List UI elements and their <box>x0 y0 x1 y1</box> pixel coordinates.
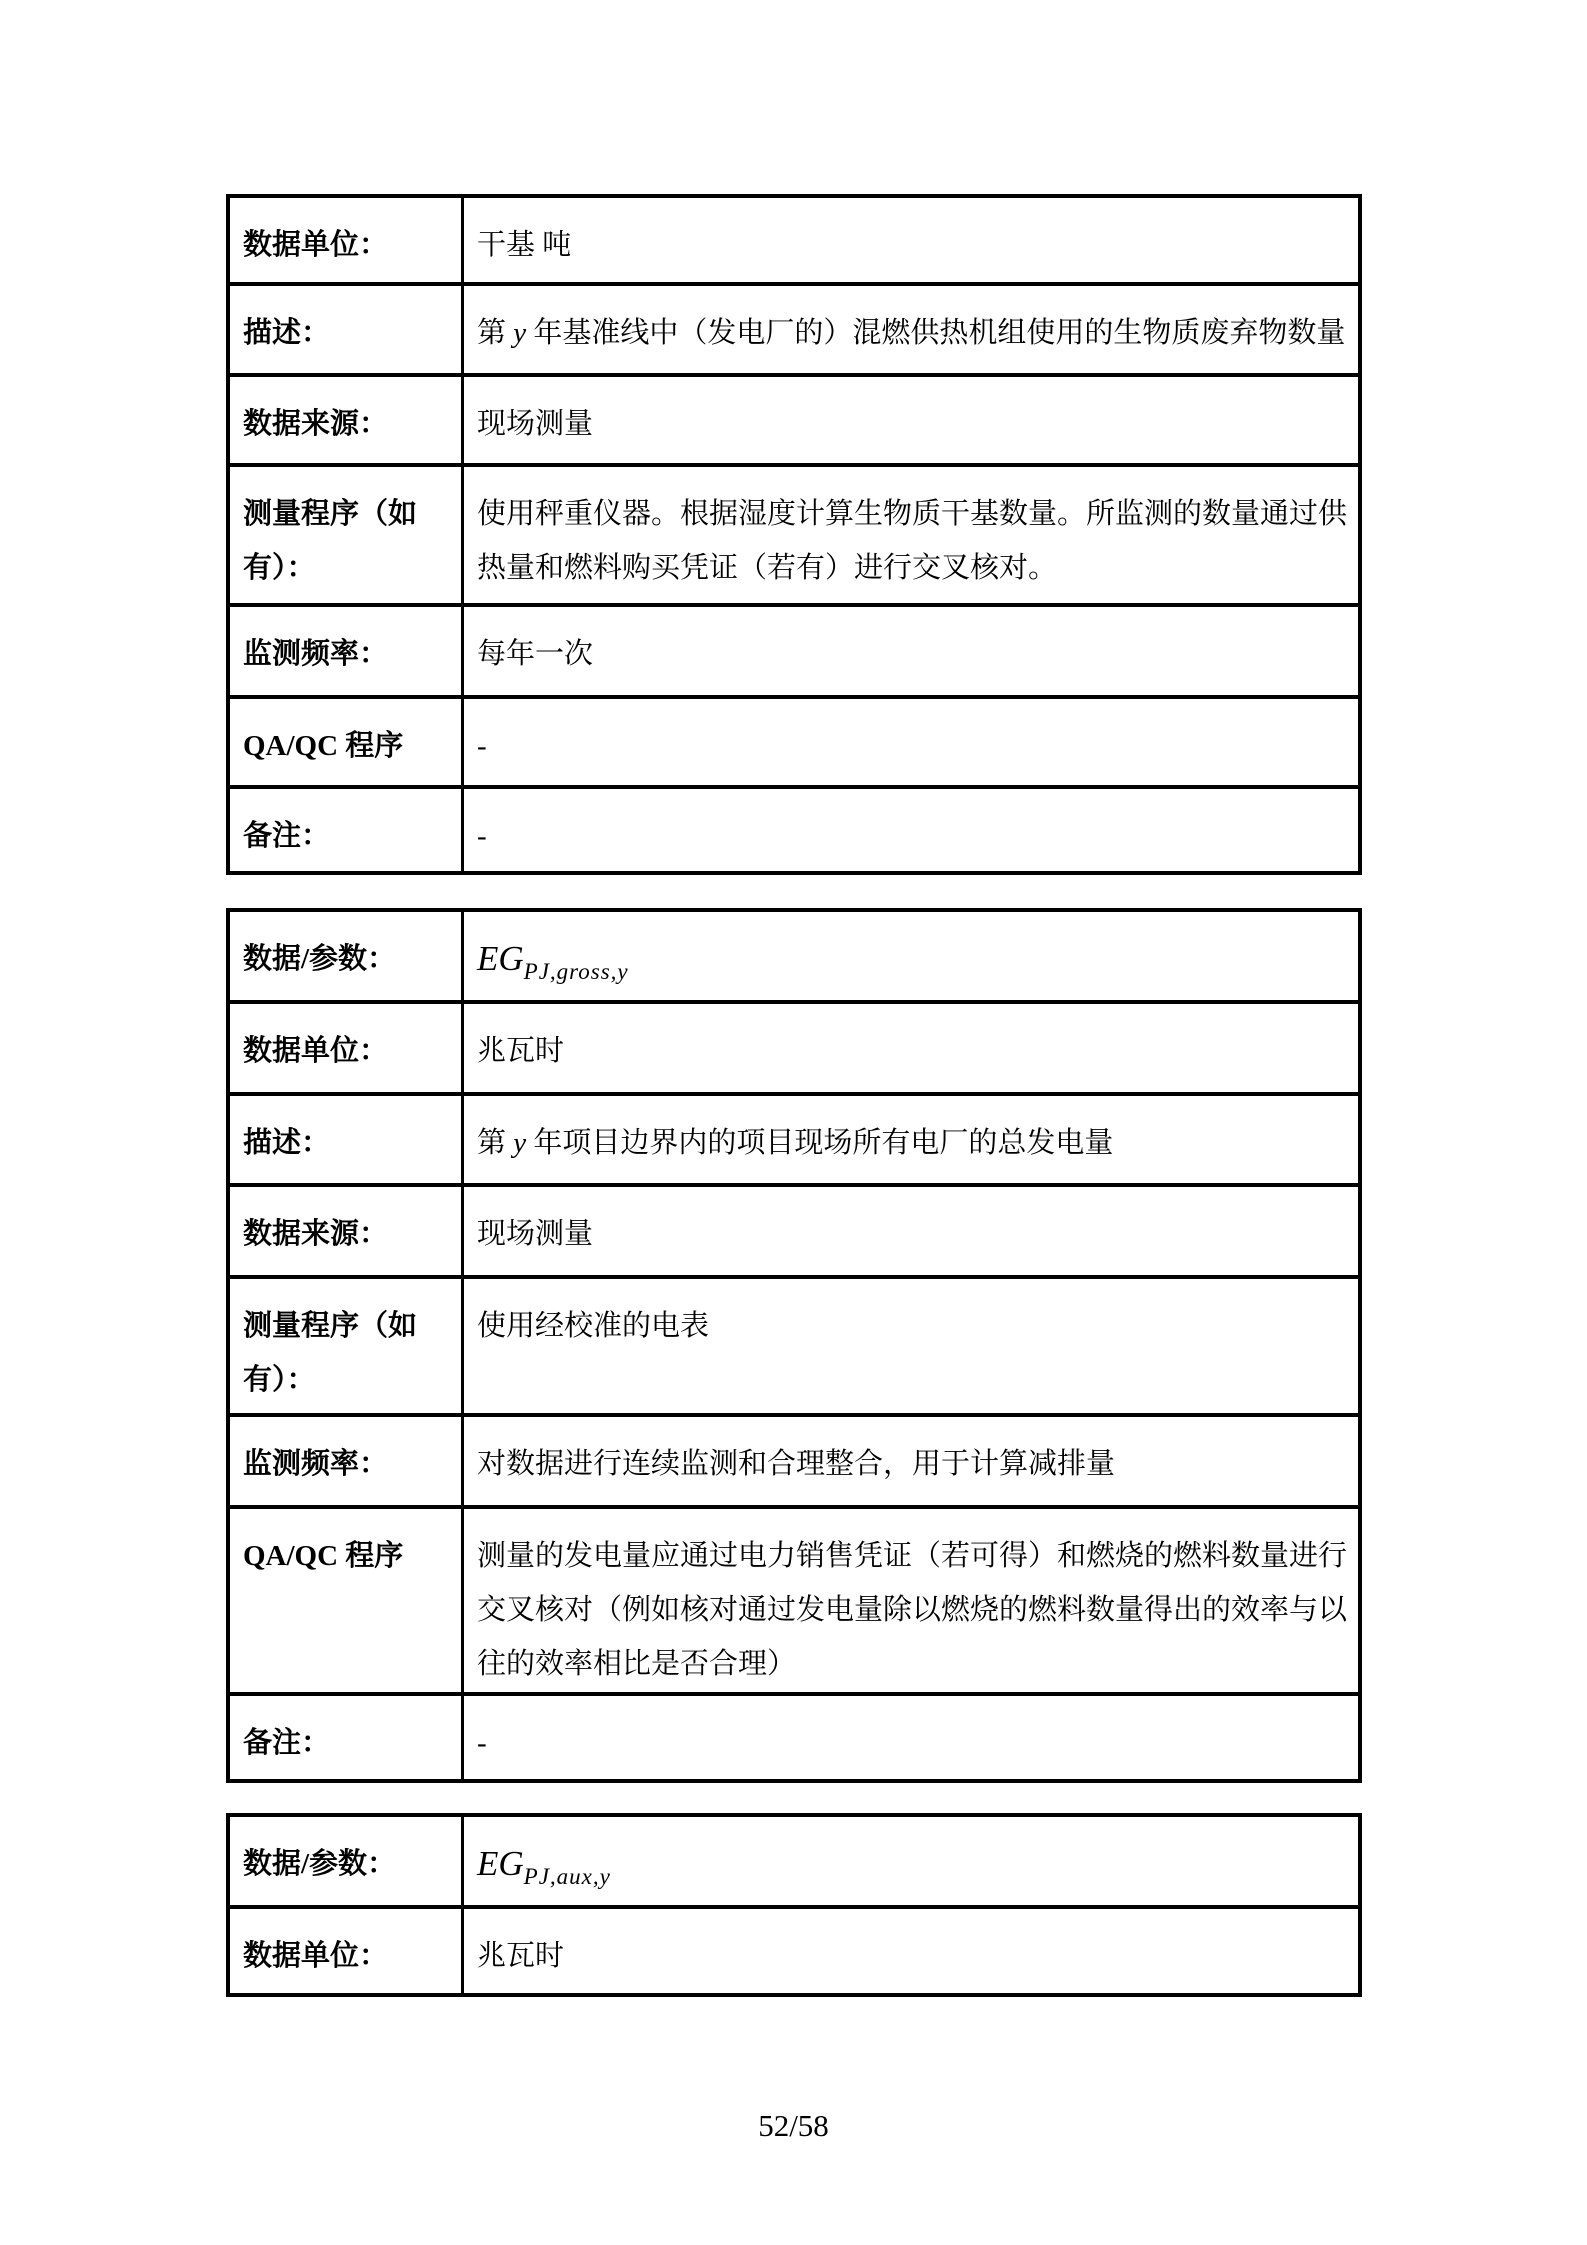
parameter-subscript: PJ,aux,y <box>524 1864 611 1889</box>
table-row: QA/QC 程序 - <box>230 695 1358 785</box>
row-value-text: 现场测量 <box>477 408 593 440</box>
row-label: QA/QC 程序 <box>230 699 464 785</box>
page-number: 52/58 <box>0 2106 1587 2146</box>
document-page: 数据单位： 干基 吨 描述： 第 y 年基准线中（发电厂的）混燃供热机组使用的生… <box>0 0 1587 2245</box>
italic-variable-y: y <box>513 1127 526 1159</box>
row-label-text: 监测频率： <box>243 638 388 670</box>
row-value: 干基 吨 <box>464 198 1358 282</box>
row-label: 测量程序（如有）： <box>230 1279 464 1413</box>
row-value-text: 第 <box>477 1127 513 1159</box>
row-label-text: 备注： <box>243 1727 330 1759</box>
row-value: 兆瓦时 <box>464 1909 1358 1993</box>
row-label-text: 描述： <box>243 317 330 349</box>
row-value-text: 第 <box>477 317 513 349</box>
row-label-text: 监测频率： <box>243 1448 388 1480</box>
row-value: 第 y 年基准线中（发电厂的）混燃供热机组使用的生物质废弃物数量 <box>464 286 1358 373</box>
row-label-text: QA/QC 程序 <box>243 1540 403 1572</box>
table-row: 数据来源： 现场测量 <box>230 1183 1358 1275</box>
row-value: 每年一次 <box>464 607 1358 695</box>
row-value: 使用经校准的电表 <box>464 1279 1358 1413</box>
table-row: 数据单位： 兆瓦时 <box>230 1905 1358 1993</box>
row-value-text: 测量的发电量应通过电力销售凭证（若可得）和燃烧的燃料数量进行交叉核对（例如核对通… <box>477 1540 1347 1680</box>
row-value: 现场测量 <box>464 377 1358 463</box>
table-row: 监测频率： 对数据进行连续监测和合理整合，用于计算减排量 <box>230 1413 1358 1505</box>
row-label: QA/QC 程序 <box>230 1509 464 1692</box>
row-value: - <box>464 789 1358 871</box>
row-value-text: - <box>477 820 487 852</box>
row-value-text: 对数据进行连续监测和合理整合，用于计算减排量 <box>477 1448 1115 1480</box>
row-label-text: 描述： <box>243 1127 330 1159</box>
row-value-text: 每年一次 <box>477 638 593 670</box>
parameter-symbol: EG <box>477 939 524 978</box>
row-label: 监测频率： <box>230 1417 464 1505</box>
row-value: 使用秤重仪器。根据湿度计算生物质干基数量。所监测的数量通过供热量和燃料购买凭证（… <box>464 467 1358 603</box>
row-value: 现场测量 <box>464 1187 1358 1275</box>
row-label-text: 数据/参数： <box>243 943 396 975</box>
row-label: 数据单位： <box>230 1909 464 1993</box>
row-value-text: - <box>477 730 487 762</box>
row-label-text: QA/QC 程序 <box>243 730 403 762</box>
row-label: 数据来源： <box>230 377 464 463</box>
row-label: 数据单位： <box>230 1004 464 1092</box>
row-label: 备注： <box>230 789 464 871</box>
row-label-text: 数据来源： <box>243 408 388 440</box>
row-label: 描述： <box>230 1096 464 1183</box>
parameter-table-biomass-quantity: 数据单位： 干基 吨 描述： 第 y 年基准线中（发电厂的）混燃供热机组使用的生… <box>226 194 1362 875</box>
row-label-text: 备注： <box>243 820 330 852</box>
italic-variable-y: y <box>513 317 526 349</box>
table-row: 备注： - <box>230 785 1358 871</box>
row-value: EGPJ,aux,y <box>464 1817 1358 1905</box>
table-row: 描述： 第 y 年项目边界内的项目现场所有电厂的总发电量 <box>230 1092 1358 1183</box>
row-label-text: 数据/参数： <box>243 1848 396 1880</box>
row-label-text: 数据单位： <box>243 1940 388 1972</box>
parameter-table-gross-generation: 数据/参数： EGPJ,gross,y 数据单位： 兆瓦时 描述： 第 y 年项… <box>226 908 1362 1783</box>
table-row: 数据单位： 干基 吨 <box>230 198 1358 282</box>
row-label-text: 数据单位： <box>243 229 388 261</box>
row-value-text: 兆瓦时 <box>477 1035 564 1067</box>
row-value: 测量的发电量应通过电力销售凭证（若可得）和燃烧的燃料数量进行交叉核对（例如核对通… <box>464 1509 1358 1692</box>
row-label: 数据/参数： <box>230 912 464 1000</box>
table-row: 数据单位： 兆瓦时 <box>230 1000 1358 1092</box>
row-value: - <box>464 1696 1358 1779</box>
row-label: 测量程序（如有）： <box>230 467 464 603</box>
parameter-symbol: EG <box>477 1844 524 1883</box>
row-value: 兆瓦时 <box>464 1004 1358 1092</box>
row-label: 描述： <box>230 286 464 373</box>
table-row: 监测频率： 每年一次 <box>230 603 1358 695</box>
table-row: 数据/参数： EGPJ,aux,y <box>230 1817 1358 1905</box>
table-row: 数据来源： 现场测量 <box>230 373 1358 463</box>
row-label-text: 测量程序（如有）： <box>243 1310 417 1396</box>
row-value-text: 现场测量 <box>477 1218 593 1250</box>
row-value: 对数据进行连续监测和合理整合，用于计算减排量 <box>464 1417 1358 1505</box>
parameter-table-auxiliary-electricity: 数据/参数： EGPJ,aux,y 数据单位： 兆瓦时 <box>226 1813 1362 1997</box>
row-label-text: 测量程序（如有）： <box>243 498 417 584</box>
table-row: 测量程序（如有）： 使用经校准的电表 <box>230 1275 1358 1413</box>
row-value-text: 使用秤重仪器。根据湿度计算生物质干基数量。所监测的数量通过供热量和燃料购买凭证（… <box>477 498 1347 584</box>
row-label-text: 数据单位： <box>243 1035 388 1067</box>
row-value-text: - <box>477 1727 487 1759</box>
row-label: 数据/参数： <box>230 1817 464 1905</box>
row-label: 数据单位： <box>230 198 464 282</box>
row-value-text: 干基 吨 <box>477 229 571 261</box>
table-row: QA/QC 程序 测量的发电量应通过电力销售凭证（若可得）和燃烧的燃料数量进行交… <box>230 1505 1358 1692</box>
row-value: EGPJ,gross,y <box>464 912 1358 1000</box>
table-row: 数据/参数： EGPJ,gross,y <box>230 912 1358 1000</box>
table-row: 测量程序（如有）： 使用秤重仪器。根据湿度计算生物质干基数量。所监测的数量通过供… <box>230 463 1358 603</box>
table-row: 备注： - <box>230 1692 1358 1779</box>
row-label-text: 数据来源： <box>243 1218 388 1250</box>
row-label: 监测频率： <box>230 607 464 695</box>
row-value-text: 使用经校准的电表 <box>477 1310 709 1342</box>
row-value-text: 兆瓦时 <box>477 1940 564 1972</box>
row-value: 第 y 年项目边界内的项目现场所有电厂的总发电量 <box>464 1096 1358 1183</box>
parameter-subscript: PJ,gross,y <box>524 959 629 984</box>
row-label: 备注： <box>230 1696 464 1779</box>
table-row: 描述： 第 y 年基准线中（发电厂的）混燃供热机组使用的生物质废弃物数量 <box>230 282 1358 373</box>
row-value-text: 年项目边界内的项目现场所有电厂的总发电量 <box>526 1127 1113 1159</box>
row-value: - <box>464 699 1358 785</box>
row-value-text: 年基准线中（发电厂的）混燃供热机组使用的生物质废弃物数量 <box>526 317 1345 349</box>
row-label: 数据来源： <box>230 1187 464 1275</box>
